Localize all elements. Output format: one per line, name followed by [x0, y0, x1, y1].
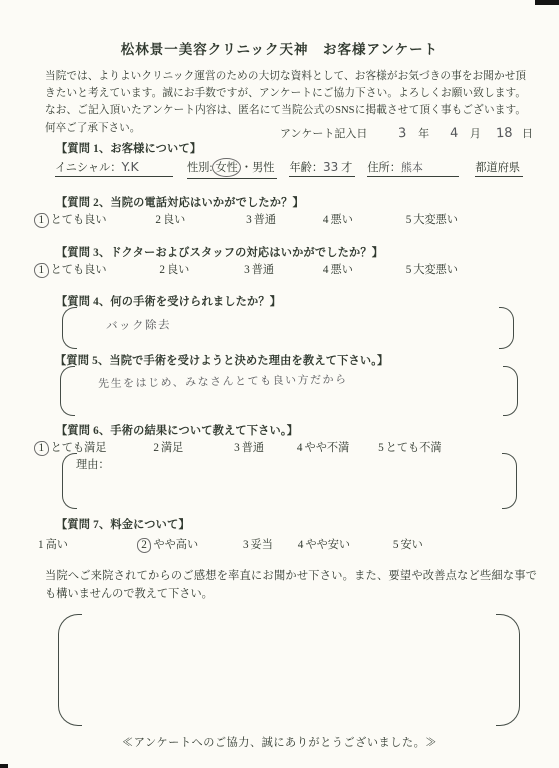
q3-option-1-number: 1: [34, 263, 49, 278]
age-value: 33: [323, 160, 338, 174]
q7-option-5-number: 5: [393, 539, 399, 551]
q7-option-3: 3妥当: [243, 536, 273, 552]
q3-option-3-label: 普通: [252, 264, 274, 276]
gender-field: 性別:女性・男性: [187, 158, 277, 179]
q2-option-4-label: 悪い: [331, 214, 353, 226]
q7-option-5: 5安い: [393, 536, 423, 552]
q2-option-2-label: 良い: [163, 214, 185, 226]
q3-option-4-number: 4: [323, 264, 329, 276]
q7-option-3-number: 3: [243, 539, 249, 551]
date-year-unit: 年: [418, 128, 429, 140]
q6-heading: 【質問 6、手術の結果について教えて下さい。】: [56, 422, 298, 438]
scan-artifact-bottom-left: [0, 764, 8, 768]
initial-value: Y.K: [121, 159, 138, 174]
gender-male-option: 男性: [252, 162, 274, 174]
q6-reason-box: 理由：: [62, 453, 517, 509]
q2-option-1-label: とても良い: [51, 214, 107, 226]
comments-left-bracket: [58, 614, 82, 726]
gender-female-option: 女性: [212, 158, 240, 177]
q2-option-5: 5大変悪い: [406, 211, 458, 227]
q2-option-3-label: 普通: [254, 214, 276, 226]
comments-prompt: 当院へご来院されてからのご感想を率直にお聞かせ下さい。また、要望や改善点など些細…: [45, 568, 537, 603]
q2-option-1: 1とても良い: [38, 211, 107, 228]
date-year-value: 3: [398, 126, 407, 141]
q1-heading: 【質問 1、お客様について】: [56, 140, 201, 156]
q7-option-1: 1高い: [38, 536, 68, 552]
q3-option-2: 2良い: [159, 261, 189, 277]
q7-option-2: 2やや高い: [141, 536, 198, 553]
q2-option-2-number: 2: [155, 214, 161, 226]
q5-answer: 先生をはじめ、みなさんとても良い方だから: [98, 371, 348, 391]
q3-option-4: 4悪い: [323, 261, 353, 277]
scan-artifact-top-right: [535, 0, 559, 5]
q6-reason-label: 理由：: [76, 456, 110, 472]
q3-option-4-label: 悪い: [331, 264, 353, 276]
q3-heading: 【質問 3、ドクターおよびスタッフの対応はいかがでしたか？】: [56, 244, 383, 260]
q7-option-1-number: 1: [38, 539, 44, 551]
q3-option-1-label: とても良い: [51, 264, 107, 276]
scanned-survey-form: 松林景一美容クリニック天神 お客様アンケート 当院では、よりよいクリニック運営の…: [0, 0, 559, 768]
q2-option-4: 4悪い: [323, 211, 353, 227]
q6-right-bracket: [502, 453, 517, 509]
gender-separator: ・: [241, 162, 252, 174]
address-field: 住所：熊本: [367, 159, 459, 177]
footer-thanks: ≪アンケートへのご協力、誠にありがとうございました。≫: [0, 734, 559, 750]
q2-option-2: 2良い: [155, 211, 185, 227]
q7-option-5-label: 安い: [400, 539, 422, 551]
q3-option-2-label: 良い: [167, 264, 189, 276]
q4-right-bracket: [499, 307, 514, 349]
q3-option-2-number: 2: [159, 264, 165, 276]
q6-option-1-number: 1: [34, 441, 49, 456]
q2-option-3-number: 3: [246, 214, 252, 226]
q3-option-5-label: 大変悪い: [413, 264, 458, 276]
q2-option-1-number: 1: [34, 213, 49, 228]
q4-answer-box: バック除去: [62, 307, 514, 349]
date-month-unit: 月: [470, 128, 481, 140]
gender-label: 性別:: [187, 162, 212, 174]
q7-option-2-number: 2: [137, 538, 152, 553]
q2-option-3: 3普通: [246, 211, 276, 227]
q3-options-row: 1とても良い 2良い 3普通 4悪い 5大変悪い: [38, 261, 458, 278]
q2-option-5-number: 5: [406, 214, 412, 226]
q7-heading: 【質問 7、料金について】: [56, 516, 190, 532]
q7-option-1-label: 高い: [46, 539, 68, 551]
q7-option-3-label: 妥当: [251, 539, 273, 551]
q5-answer-box: 先生をはじめ、みなさんとても良い方だから: [60, 366, 518, 416]
age-field: 年齢：33 才: [289, 159, 355, 177]
q6-left-bracket: [62, 453, 77, 509]
initial-label: イニシャル：: [55, 162, 121, 174]
q4-answer: バック除去: [106, 316, 171, 333]
age-unit: 才: [341, 162, 352, 174]
q3-option-3: 3普通: [244, 261, 274, 277]
date-day-value: 18: [495, 126, 512, 142]
q4-left-bracket: [62, 307, 77, 349]
q3-option-1: 1とても良い: [38, 261, 107, 278]
q2-heading: 【質問 2、当院の電話対応はいかがでしたか？】: [56, 194, 304, 210]
q5-left-bracket: [60, 366, 75, 416]
date-label: アンケート記入日: [280, 128, 367, 140]
q3-option-5-number: 5: [406, 264, 412, 276]
date-line: アンケート記入日 3 年 4 月 18 日: [280, 125, 533, 141]
comments-right-bracket: [496, 614, 520, 726]
form-title: 松林景一美容クリニック天神 お客様アンケート: [0, 38, 559, 58]
q2-option-4-number: 4: [323, 214, 329, 226]
date-day-unit: 日: [522, 128, 533, 140]
q3-option-5: 5大変悪い: [406, 261, 458, 277]
age-label: 年齢：: [289, 162, 323, 174]
q1-fill-line: イニシャル：Y.K性別:女性・男性年齢：33 才住所：熊本都道府県: [55, 158, 523, 179]
q2-options-row: 1とても良い 2良い 3普通 4悪い 5大変悪い: [38, 211, 458, 228]
address-value: 熊本: [401, 161, 423, 174]
q7-option-4-number: 4: [298, 539, 304, 551]
comments-box: [58, 614, 520, 726]
q7-option-2-label: やや高い: [153, 539, 198, 551]
initial-field: イニシャル：Y.K: [55, 159, 173, 177]
q5-right-bracket: [503, 366, 518, 416]
q3-option-3-number: 3: [244, 264, 250, 276]
prefecture-suffix: 都道府県: [475, 159, 523, 177]
date-month-value: 4: [449, 126, 458, 141]
q7-option-4-label: やや安い: [305, 539, 350, 551]
q2-option-5-label: 大変悪い: [413, 214, 458, 226]
q7-option-4: 4やや安い: [298, 536, 350, 552]
address-label: 住所：: [367, 162, 401, 174]
q7-options-row: 1高い 2やや高い 3妥当 4やや安い 5安い: [38, 536, 423, 553]
